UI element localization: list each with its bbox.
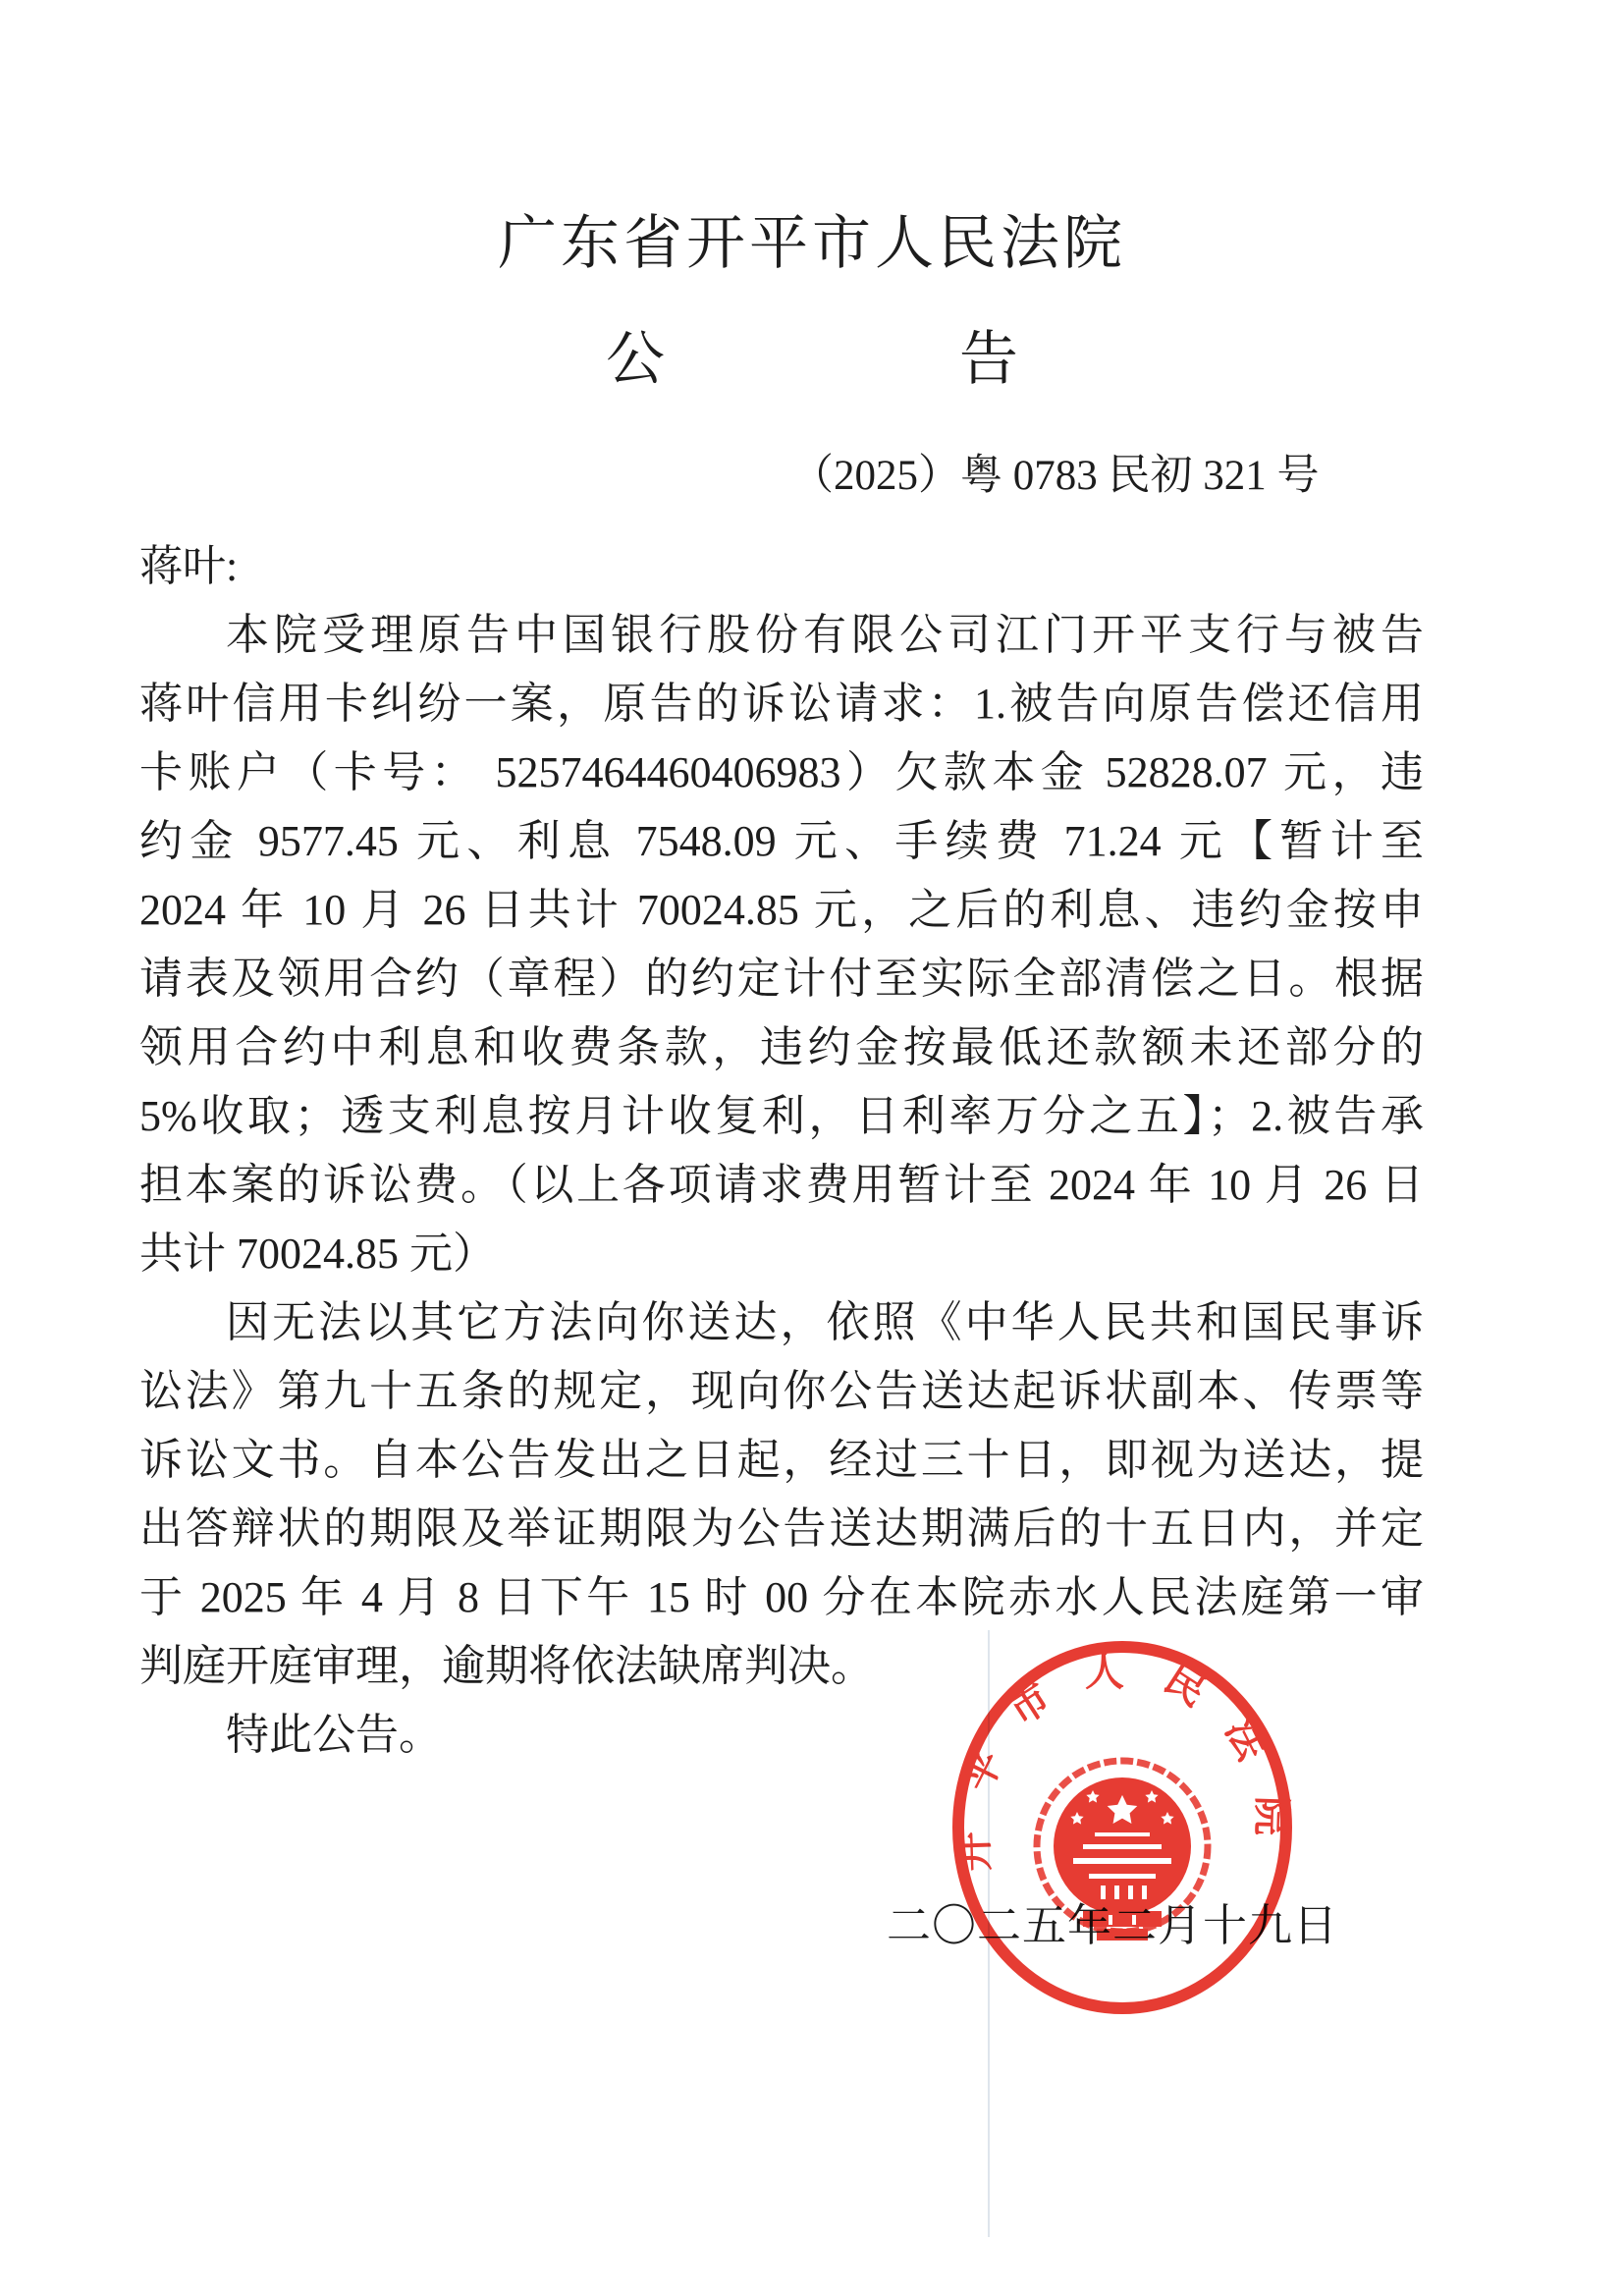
closing-line: 特此公告。	[139, 1701, 1424, 1770]
announcement-title: 公 告	[0, 312, 1624, 397]
body-line: 请表及领用合约（章程）的约定计付至实际全部清偿之日。根据	[139, 945, 1424, 1013]
body-line: 担本案的诉讼费。（以上各项请求费用暂计至 2024 年 10 月 26 日	[139, 1151, 1424, 1220]
body-line: 卡账户（卡号： 5257464460406983）欠款本金 52828.07 元…	[139, 738, 1424, 807]
court-announcement-document: 广东省开平市人民法院 公 告 （2025）粤 0783 民初 321 号 蒋叶:…	[0, 0, 1624, 2296]
body-line: 共计 70024.85 元）	[139, 1220, 1424, 1288]
court-name-title: 广东省开平市人民法院	[0, 196, 1624, 281]
body-line: 因无法以其它方法向你送达，依照《中华人民共和国民事诉	[139, 1288, 1424, 1357]
body-line: 本院受理原告中国银行股份有限公司江门开平支行与被告	[139, 601, 1424, 670]
body-line: 蒋叶信用卡纠纷一案，原告的诉讼请求：1.被告向原告偿还信用	[139, 670, 1424, 738]
body-line: 讼法》第九十五条的规定，现向你公告送达起诉状副本、传票等	[139, 1357, 1424, 1426]
body-line: 约金 9577.45 元、利息 7548.09 元、手续费 71.24 元【暂计…	[139, 807, 1424, 876]
body-line: 判庭开庭审理，逾期将依法缺席判决。	[139, 1632, 1424, 1701]
body-line: 于 2025 年 4 月 8 日下午 15 时 00 分在本院赤水人民法庭第一审	[139, 1563, 1424, 1632]
announcement-date: 二〇二五年二月十九日	[887, 1889, 1338, 1953]
announcement-body: 蒋叶: 本院受理原告中国银行股份有限公司江门开平支行与被告 蒋叶信用卡纠纷一案，…	[139, 532, 1424, 1770]
recipient-line: 蒋叶:	[139, 532, 1424, 601]
case-number: （2025）粤 0783 民初 321 号	[791, 442, 1320, 502]
body-line: 2024 年 10 月 26 日共计 70024.85 元，之后的利息、违约金按…	[139, 876, 1424, 945]
body-line: 出答辩状的期限及举证期限为公告送达期满后的十五日内，并定	[139, 1495, 1424, 1563]
body-line: 领用合约中利息和收费条款，违约金按最低还款额未还部分的	[139, 1013, 1424, 1082]
body-line: 5%收取；透支利息按月计收复利，日利率万分之五】；2.被告承	[139, 1082, 1424, 1151]
body-line: 诉讼文书。自本公告发出之日起，经过三十日，即视为送达，提	[139, 1426, 1424, 1495]
